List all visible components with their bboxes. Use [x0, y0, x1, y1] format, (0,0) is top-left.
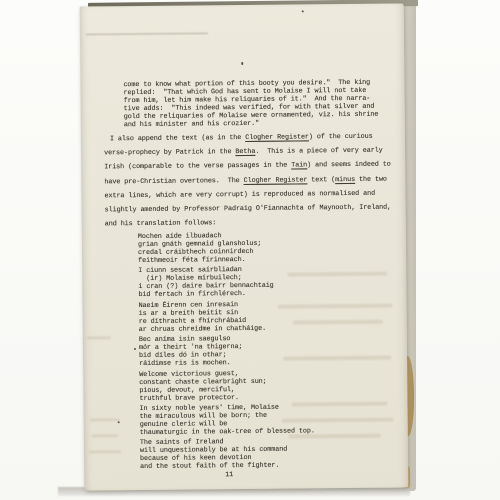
verse-line: bid fertach in fírchlérech. — [138, 290, 313, 300]
irish-stanza-3: Naeim Éirenn cen inresain is ar a breith… — [139, 300, 314, 334]
english-stanza-3: The saints of Ireland will unquestionabl… — [140, 438, 315, 472]
paper-crease — [86, 32, 208, 35]
irish-stanza-2: I ciunn sescat saírbliadan (ir) Molaise … — [138, 266, 313, 300]
english-stanza-2: In sixty noble years' time, Molaise the … — [140, 403, 315, 437]
show-through-text — [87, 336, 111, 339]
text-segment: extra lines, which are very corrupt) is … — [104, 190, 375, 201]
show-through-text — [90, 418, 120, 421]
irish-stanza-4: Bec aníma isin saegulso mór a theirt 'na… — [139, 335, 314, 369]
verse-line: thaumaturgic in the oak-tree of blessed … — [140, 427, 315, 437]
typed-line: slightly amended by Professor Padraig O'… — [105, 201, 392, 218]
verse-line: ráidimse ris is mochen. — [139, 359, 314, 369]
text-segment: verse-prophecy by Patrick in the — [104, 148, 235, 157]
irish-stanza-1: Mochen aíde ilbuadach grian gnáth gemnai… — [138, 231, 313, 265]
photo-of-manuscript: come to know what portion of this booty … — [0, 0, 500, 500]
page-number: 11 — [84, 470, 374, 481]
verse-line: ar chruas chreidme in chatháige. — [139, 324, 314, 334]
underlined-title: Betha — [235, 148, 255, 156]
show-through-text — [92, 434, 118, 437]
text-segment: ) of the curious — [309, 133, 373, 142]
typed-line: and his minister and his crozier." — [124, 119, 379, 129]
paper-speck — [241, 62, 243, 65]
underlined-title: Clogher Register — [245, 133, 309, 142]
manuscript-page: come to know what portion of this booty … — [80, 3, 409, 490]
text-segment: I also append the text (as in the — [110, 134, 245, 143]
text-segment: and his translation follows: — [105, 219, 216, 228]
opening-paragraph: come to know what portion of this booty … — [123, 79, 378, 129]
verse-line: truthful brave protector. — [139, 393, 314, 403]
append-text-paragraph: I also append the text (as in the Cloghe… — [104, 130, 391, 232]
underlined-title: Clogher Register — [244, 176, 308, 185]
verse-line: feithmeoir féta fírinneach. — [138, 255, 313, 265]
show-through-text — [89, 450, 121, 453]
paper-speck — [134, 348, 136, 350]
text-segment: text ( — [307, 176, 335, 184]
underlined-word: minus — [335, 176, 355, 184]
text-segment: . This is a piece of very early — [255, 147, 382, 156]
text-segment: slightly amended by Professor Padraig O'… — [105, 204, 392, 215]
text-segment: the two — [355, 175, 387, 183]
underlined-title: Tain — [291, 162, 307, 170]
text-segment: ) and seems indeed to — [307, 161, 391, 170]
paper-speck — [302, 10, 304, 12]
paper-speck — [118, 421, 120, 423]
verse-prophecy-block: Mochen aíde ilbuadach grian gnáth gemnai… — [138, 231, 315, 473]
typed-line: and his translation follows: — [105, 215, 392, 232]
english-stanza-1: Welcome victorious guest, constant chast… — [139, 369, 314, 403]
text-segment: Irish (comparable to the verse passages … — [104, 162, 291, 172]
text-segment: have pre-Christian overtones. The — [104, 177, 243, 186]
